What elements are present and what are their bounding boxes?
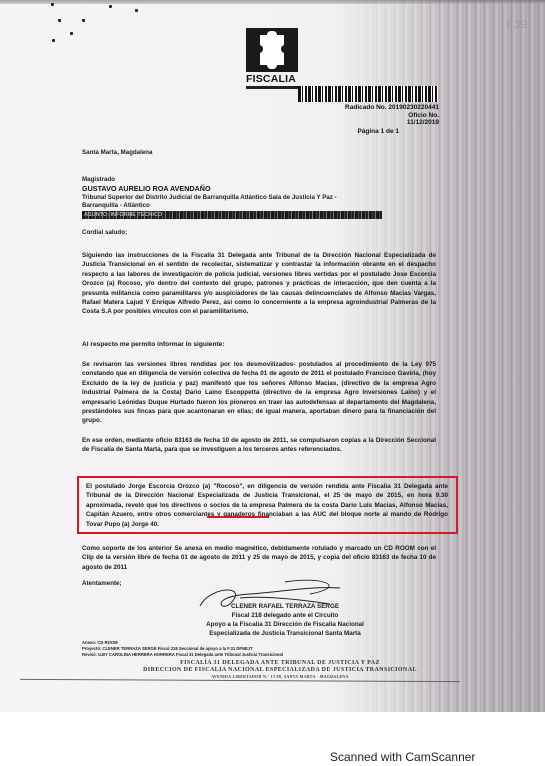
signer-name: CLENER RAFAEL TERRAZA SERGE [170, 602, 400, 611]
place: Santa Marta, Magdalena [82, 149, 153, 156]
recipient-city: Barranquilla - Atlántico [82, 202, 150, 209]
signature-block: CLENER RAFAEL TERRAZA SERGE Fiscal 218 d… [170, 602, 400, 638]
barcode [298, 86, 438, 102]
signer-unit: Especializada de Justicia Transicional S… [170, 629, 400, 638]
puzzle-piece-icon [246, 28, 298, 72]
annex-note: Anexo: CD ROOM [82, 640, 118, 645]
greeting: Cordial saludo; [82, 229, 127, 236]
highlight-underline [207, 516, 269, 518]
speck [70, 32, 73, 35]
projected-by: Proyectó: CLENER TERRAZA SERGE Fiscal 21… [82, 646, 253, 651]
camscanner-watermark: Scanned with CamScanner [330, 750, 475, 764]
paragraph-5-highlighted: El postulado Jorge Escorcia Orozco (a) "… [86, 482, 448, 529]
speck [109, 5, 112, 8]
fiscalia-logo: FISCALIA [246, 28, 298, 86]
logo-text: FISCALIA [246, 73, 298, 85]
closing: Atentamente; [82, 580, 122, 587]
speck [51, 3, 54, 6]
footer-line-1: FISCALÍA 31 DELEGADA ANTE TRIBUNAL DE JU… [90, 660, 470, 666]
footer-line-2: DIRECCION DE FISCALIA NACIONAL ESPECIALI… [90, 667, 470, 673]
document-date: 11/12/2019 [407, 119, 439, 126]
radicado-number: Radicado No. 20190230220441 [345, 104, 439, 111]
signer-role: Fiscal 218 delegado ante el Circuito [170, 611, 400, 620]
paragraph-6: Como soporte de los anterior Se anexa en… [82, 544, 436, 572]
paragraph-2: Al respecto me permito informar lo sigui… [82, 340, 436, 349]
recipient-court: Tribunal Superior del Distrito Judicial … [82, 194, 337, 201]
oficio-label: Oficio No. [408, 112, 439, 119]
reviewed-by: Revisó: ILBY CAROLINA HERRERA HORRERA Fi… [82, 652, 283, 657]
recipient-title: Magistrado [82, 176, 115, 183]
handwritten-folio-number: 639 [506, 18, 527, 31]
speck [58, 19, 61, 22]
page-indicator: Página 1 de 1 [357, 128, 399, 135]
page-top-edge [0, 0, 545, 4]
paragraph-3: Se revisaron las versiones libres rendid… [82, 360, 436, 426]
signer-support: Apoyo a la Fiscalia 31 Dirección de Fisc… [170, 620, 400, 629]
speck [52, 39, 55, 42]
speck [135, 9, 138, 12]
speck [82, 19, 85, 22]
scanned-page: 639 FISCALIA Radicado No. 20190230220441… [0, 0, 545, 712]
subject-bar: ASUNTO: INFORME TECNICO [82, 211, 382, 219]
footer-line-3: AVENIDA LIBERTADOR N.° 13 98, SANTA MART… [90, 675, 470, 679]
paragraph-1: Siguiendo las instrucciones de la Fiscal… [82, 251, 436, 317]
paragraph-4: En ese orden, mediante oficio 83163 de f… [82, 436, 436, 455]
recipient-name: GUSTAVO AURELIO ROA AVENDAÑO [82, 184, 211, 193]
